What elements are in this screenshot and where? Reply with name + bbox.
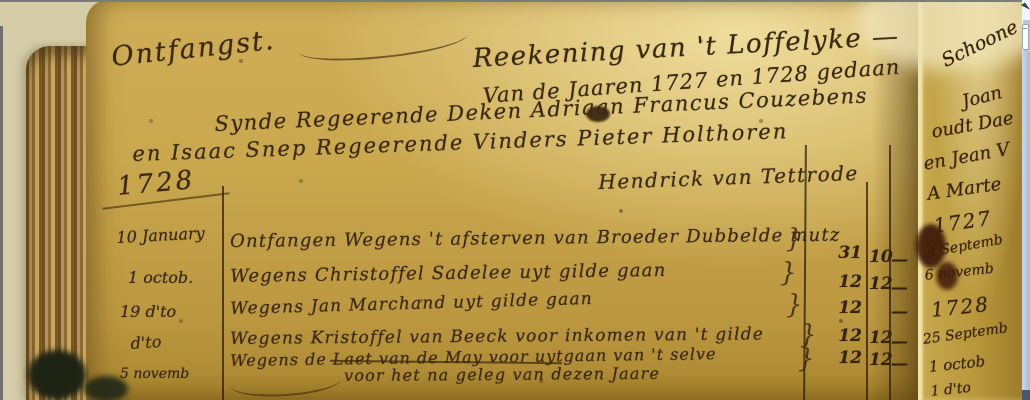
entry-date: d'to: [130, 332, 162, 353]
amount-guilders: 12: [826, 272, 862, 292]
panel-menu-button[interactable]: [1022, 24, 1029, 50]
amount-guilders: 31: [826, 243, 862, 263]
flourish-brace: }: [798, 344, 815, 374]
amount-dash: —: [891, 332, 908, 352]
entry-date: 5 novemb: [120, 366, 189, 382]
amount-dash: —: [891, 354, 908, 374]
amount-guilders: 12: [826, 326, 862, 346]
flourish-brace: }: [786, 290, 803, 320]
amount-guilders: 12: [826, 298, 862, 318]
amount-dash: —: [891, 250, 908, 270]
amount-stuivers: 12: [869, 350, 893, 370]
amount-stuivers: 12: [869, 328, 893, 348]
amount-dash: —: [891, 302, 908, 322]
photo-left-border: [0, 26, 3, 400]
amount-guilders: 12: [826, 348, 862, 368]
scanned-book-photo: Ontfangst. Reekening van 't Loffelyke — …: [0, 0, 1030, 400]
photo-top-border: [0, 0, 1030, 2]
amount-stuivers: 12: [869, 274, 893, 294]
flourish-brace: }: [786, 224, 803, 254]
scrollbar-track[interactable]: [1022, 52, 1030, 390]
ledger-rule-stuivers-column: [866, 182, 868, 400]
entry-date: 19 d'to: [120, 302, 176, 321]
entry-date: 1 octob.: [128, 268, 193, 287]
flourish-brace: }: [780, 258, 797, 288]
side-panel-footer: [1022, 390, 1030, 400]
amount-stuivers: 10: [869, 247, 893, 267]
amount-dash: —: [891, 278, 908, 298]
book-cover-edge-spot: [28, 350, 86, 400]
inserted-entry-text: voor het na geleg van dezen Jaare: [344, 364, 660, 385]
ledger-rule-date-column: [222, 186, 224, 400]
